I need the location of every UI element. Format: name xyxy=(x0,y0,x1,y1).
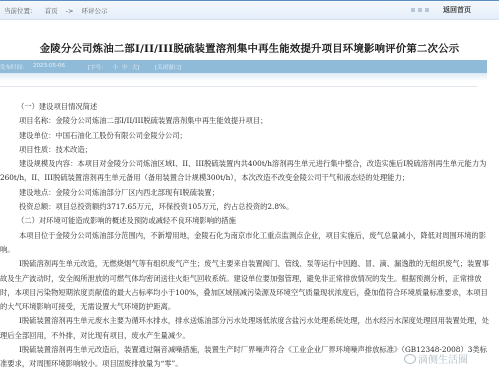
construction-unit: 建设单位：中国石油化工股份有限公司金陵分公司； xyxy=(0,129,499,143)
section-heading-2: （二）对环境可能造成影响的概述及预防或减轻不良环境影响的措施 xyxy=(0,214,499,228)
breadcrumb-home-link[interactable]: 首页 xyxy=(45,7,58,15)
project-nature: 项目性质：技术改造； xyxy=(0,143,499,157)
close-window-link[interactable]: [关闭窗口] xyxy=(155,63,181,71)
air-impact: I脱硫溶剂再生单元改造，无燃烧烟气等有组织废气产生；废气主要来自装置阀门、管线、… xyxy=(0,257,492,314)
watermark-text: 滴侧生活圈 xyxy=(418,351,468,366)
tool-icon[interactable] xyxy=(425,8,429,12)
watermark: 滴侧生活圈 xyxy=(404,351,468,366)
total-investment: 投资总额：项目总投资额约3717.65万元，环保投资105万元，约占总投资的2.… xyxy=(0,200,499,214)
top-navigation-bar: 当前位置： 首页 -> 环评公示 返回首页 xyxy=(0,0,499,20)
divider xyxy=(0,86,478,87)
breadcrumb-current-link[interactable]: 环评公示 xyxy=(82,7,108,15)
breadcrumb-label: 当前位置： xyxy=(4,7,37,15)
top-right-tools: 返回首页 xyxy=(411,5,471,15)
construction-location: 建设地点：金陵分公司炼油部分厂区内西北部现有I脱硫装置； xyxy=(0,186,499,200)
water-impact: I脱硫装置溶剂再生单元废水主要为循环水排水，排水送炼油部分污水处理场低浓度含盐污… xyxy=(0,314,492,343)
page-title: 金陵分公司炼油二部I/II/III脱硫装置溶剂集中再生能效提升项目环境影响评价第… xyxy=(0,40,499,55)
font-size-label: [字号： xyxy=(88,65,107,71)
tool-icon[interactable] xyxy=(418,8,422,12)
publish-date: 2023-05-06 xyxy=(33,63,65,69)
font-size-small[interactable]: 小 xyxy=(113,65,119,71)
info-bar-shadow xyxy=(0,73,487,81)
article-body: （一）建设项目情况简述 项目名称：金陵分公司炼油二部I/II/III脱硫装置溶剂… xyxy=(0,100,499,372)
font-size-medium[interactable]: 中 xyxy=(122,65,128,71)
breadcrumb: 当前位置： 首页 -> 环评公示 xyxy=(4,6,114,15)
font-size-selector: [字号：小中大] xyxy=(88,63,141,71)
toolbar-icons xyxy=(411,8,429,12)
wechat-icon xyxy=(404,354,416,364)
breadcrumb-arrow: -> xyxy=(66,7,74,15)
impact-overview: 本项目位于金陵分公司炼油部分范围内，不新增用地，金陵石化为南京市化工重点监测点企… xyxy=(0,229,492,258)
construction-scale: 建设规模及内容：本项目对金陵分公司炼油区域I、II、III脱硫装置内共400t/… xyxy=(0,157,492,186)
publish-label: 发布时间： xyxy=(0,63,28,71)
section-heading-1: （一）建设项目情况简述 xyxy=(0,100,499,114)
back-home-link[interactable]: 返回首页 xyxy=(443,5,471,15)
project-name: 项目名称：金陵分公司炼油二部I/II/III脱硫装置溶剂集中再生能效提升项目； xyxy=(0,114,499,128)
tool-icon[interactable] xyxy=(411,8,415,12)
font-size-large[interactable]: 大] xyxy=(132,65,140,71)
article-info-bar: 发布时间： 2023-05-06 [字号：小中大] [关闭窗口] xyxy=(0,60,487,73)
